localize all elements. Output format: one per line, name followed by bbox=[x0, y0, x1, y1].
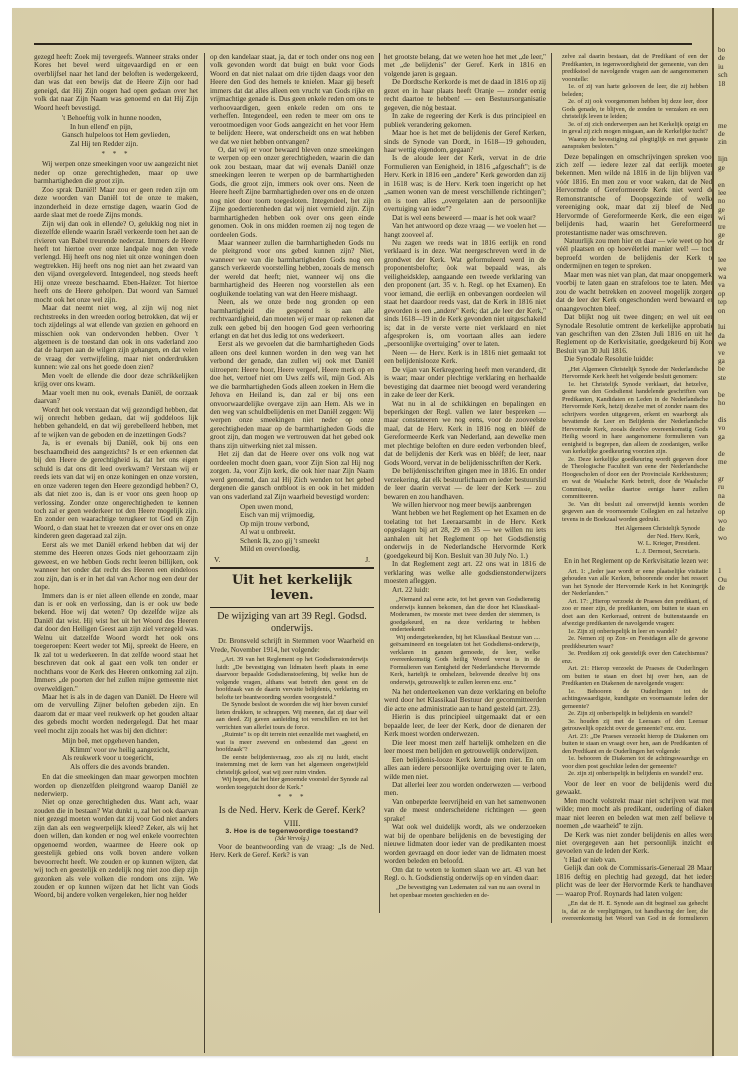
paragraph: De vijan van Kerkregeering heeft men ver… bbox=[384, 366, 546, 400]
edge-fragment: va bbox=[718, 281, 738, 289]
paragraph: De eerste belijdenisvraag, zoo als zij n… bbox=[216, 754, 368, 777]
section-rule bbox=[210, 607, 374, 608]
article-part-number: VIII. bbox=[210, 818, 374, 828]
paragraph: op den kandelaar staat, ja, dat er toch … bbox=[210, 53, 374, 146]
paragraph: Het zij dan dat de Heere over ons volk n… bbox=[210, 450, 374, 501]
edge-fragment bbox=[718, 96, 738, 104]
paragraph: Na het onderteekenen van deze verklaring… bbox=[384, 688, 546, 713]
edge-fragment: zin bbox=[718, 138, 738, 146]
paragraph: gezegd heeft: Zoek mij tevergeefs. Wanne… bbox=[34, 53, 198, 112]
poem-stanza: 't Behoeftig volk in hunne nooden,In hun… bbox=[62, 114, 198, 148]
paragraph: 2e. Nemen zij op Zon- en Feestdagen alle… bbox=[562, 635, 708, 650]
paragraph: Van het antwoord op deze vraag — we voel… bbox=[384, 222, 546, 239]
edge-fragment: gr bbox=[718, 475, 738, 483]
edge-fragment: iu bbox=[718, 63, 738, 71]
paragraph: Immers dan is er niet alleen ellende en … bbox=[34, 592, 198, 693]
paragraph: Want hebben we het Reglement op het Exam… bbox=[384, 509, 546, 560]
edge-column-fragments: bodeiusch18 medezin lijnge enleenogewitr… bbox=[718, 46, 738, 592]
poem-line: Als offers die des avonds branden. bbox=[62, 763, 198, 771]
edge-fragment: wo bbox=[718, 534, 738, 542]
paragraph: Neen, als we onze bede nog gronden op ee… bbox=[210, 298, 374, 340]
edge-fragment: op bbox=[718, 508, 738, 516]
poem-line: In hun ellend' en pijn, bbox=[62, 123, 198, 131]
col3-body: het grootste belang, dat we weten hoe he… bbox=[384, 53, 546, 594]
edge-fragment: we bbox=[718, 340, 738, 348]
signer-line: W. L. Krieger, President. bbox=[562, 540, 700, 548]
paragraph: De belijdenisschriften gingen mee in 181… bbox=[384, 467, 546, 501]
poem-line: Al wat u ontbreekt. bbox=[240, 528, 374, 536]
signature-right: J. bbox=[365, 556, 370, 564]
column-4: zelve zal daarin bestaan, dat de Predika… bbox=[556, 53, 714, 923]
edge-fragment bbox=[718, 105, 738, 113]
paragraph: 3e. Van dit besluit zal onverwijld kenni… bbox=[562, 501, 708, 524]
column-1: gezegd heeft: Zoek mij tevergeefs. Wanne… bbox=[34, 53, 198, 1053]
article-subtitle: 3. Hoe is de tegenwoordige toestand? bbox=[210, 828, 374, 836]
edge-fragment: me bbox=[718, 458, 738, 466]
edge-fragment: no bbox=[718, 197, 738, 205]
paragraph: Waarop de bevestiging zal plegtiglijk en… bbox=[562, 136, 708, 151]
paragraph: 't Had er nieb van. bbox=[556, 856, 714, 864]
paragraph: Zijn wij dan ook in ellende? O, gelukkig… bbox=[34, 220, 198, 305]
edge-fragment bbox=[718, 113, 738, 121]
paragraph: Art. 17: „Hierop verzoekt de Praeses den… bbox=[562, 598, 708, 628]
edge-fragment bbox=[718, 382, 738, 390]
synod-resolution-quote: „Het Algemeen Christelijk Synode der Ned… bbox=[562, 366, 708, 524]
paragraph: De Dordtsche Kerkorde is met de daad in … bbox=[384, 78, 546, 112]
edge-fragment: lee bbox=[718, 256, 738, 264]
paragraph: De Kerk was niet zonder belijdenis en al… bbox=[556, 831, 714, 856]
col3-body-continued: Na het onderteekenen van deze verklaring… bbox=[384, 688, 546, 882]
paragraph: Art. 23: „De Praeses verzoekt hierop de … bbox=[562, 733, 708, 756]
paragraph: Die Synodale Resolutie luidde: bbox=[556, 355, 714, 363]
paragraph: Art. 1: „Ieder jaar wordt er eene plaats… bbox=[562, 568, 708, 598]
edge-fragment bbox=[718, 550, 738, 558]
paragraph: Om dat te weten te komen slaan we art. 4… bbox=[384, 866, 546, 883]
edge-fragment bbox=[718, 248, 738, 256]
section-stars: * * * bbox=[34, 150, 198, 158]
paragraph: Men voelt de ellende die door deze schri… bbox=[34, 372, 198, 389]
signature-left: V. bbox=[214, 556, 220, 564]
col1-body: Wij werpen onze smeekingen voor uw aange… bbox=[34, 160, 198, 735]
edge-fragment bbox=[718, 88, 738, 96]
paragraph: In zake de regeering der Kerk is dus pri… bbox=[384, 112, 546, 129]
paragraph: En dat die smeekingen dan maar geworpen … bbox=[34, 773, 198, 798]
column-2: op den kandelaar staat, ja, dat er toch … bbox=[210, 53, 374, 903]
poem-line: Schenk Ik, zoo gij 't smeekt bbox=[240, 537, 374, 545]
paragraph: Wat nu in al de schikkingen en bepalinge… bbox=[384, 400, 546, 468]
paragraph: 2e. Zijn zij onberispelijk in belijdenis… bbox=[562, 710, 708, 718]
article-title: Is de Ned. Herv. Kerk de Geref. Kerk? bbox=[210, 806, 374, 817]
paragraph: We willen hiervoor nog meer bewijs aanbr… bbox=[384, 501, 546, 509]
edge-fragment: vo bbox=[718, 424, 738, 432]
col2-meditation-body: op den kandelaar staat, ja, dat er toch … bbox=[210, 53, 374, 501]
poem-stanza: Mijn beê, met opgeheven handen,Klimm' vo… bbox=[62, 737, 198, 771]
column-3: het grootste belang, dat we weten hoe he… bbox=[384, 53, 546, 918]
paragraph: 1e. behooren de Diakenen tot de achtings… bbox=[562, 755, 708, 770]
article-quote: „En dat de H. E. Synode aan dit beginsel… bbox=[562, 900, 708, 923]
paragraph: Wordt het ook verstaan dat wij gezondigd… bbox=[34, 406, 198, 440]
paragraph: Is de aloude leer der Kerk, vervat in de… bbox=[384, 154, 546, 213]
edge-fragment: lijn bbox=[718, 155, 738, 163]
edge-fragment: de bbox=[718, 54, 738, 62]
article-quote: „De bevestiging van Ledematen zal van nu… bbox=[390, 884, 540, 899]
paragraph: Nu zagen we reeds wat in 1816 eerlijk en… bbox=[384, 239, 546, 349]
edge-fragment: bo bbox=[718, 46, 738, 54]
signer-line: der Ned. Herv. Kerk, bbox=[562, 533, 700, 541]
edge-fragment: sch bbox=[718, 71, 738, 79]
paragraph: 2e. zijn zij onberispelijk in belijdenis… bbox=[562, 770, 708, 778]
edge-fragment: lui bbox=[718, 323, 738, 331]
edge-fragment: op bbox=[718, 290, 738, 298]
edge-fragment bbox=[718, 542, 738, 550]
article-body: Voor de beantwoording van de vraag: „Is … bbox=[210, 843, 374, 860]
article-quote: „Niemand zal eene acte, tot het geven va… bbox=[390, 596, 540, 686]
poem-stanza: Open uwen mond,Eisch van mij vrijmoedig,… bbox=[240, 503, 374, 554]
paragraph: 3e. Prediken zij ook geestelijk over den… bbox=[562, 650, 708, 665]
poem-line: Op mijn trouw verbond, bbox=[240, 520, 374, 528]
paragraph: Dat blijkt nog uit twee dingen; en wel u… bbox=[556, 313, 714, 355]
article-quote: „Art. 39 van het Reglement op het Godsdi… bbox=[216, 656, 368, 791]
paragraph: Eerst als we gevoelen dat die barmhartig… bbox=[210, 340, 374, 450]
edge-fragment: ge bbox=[718, 164, 738, 172]
edge-fragment: lee bbox=[718, 189, 738, 197]
article-intro: Dr. Bronsveld schrijft in Stemmen voor W… bbox=[210, 637, 374, 654]
paragraph: 3e. houden zij met de Leeraars of den Le… bbox=[562, 718, 708, 733]
edge-fragment bbox=[718, 407, 738, 415]
poem-line: Klimm' voor uw heilig aangezicht, bbox=[62, 746, 198, 754]
paragraph: Wij hopen, dat het hier genoemde voorste… bbox=[216, 776, 368, 791]
article-intro: En in het Reglement op de Kerkvisitatie … bbox=[556, 557, 714, 565]
paragraph: Van onbeperkte leervrijheid en van het s… bbox=[384, 798, 546, 823]
poem-line: Eisch van mij vrijmoedig, bbox=[240, 511, 374, 519]
col4-body-continued: Voor de leer en voor de belijdenis werd … bbox=[556, 780, 714, 898]
edge-fragment: wa bbox=[718, 273, 738, 281]
poem-line: Gansch hulpeloos tot Hem gevlieden, bbox=[62, 131, 198, 139]
paragraph: Natuurlijk zou men hier en daar — wie we… bbox=[556, 237, 714, 271]
edge-fragment bbox=[718, 441, 738, 449]
paragraph: 3e. of zij zich onderwerpen aan het Kerk… bbox=[562, 121, 708, 136]
paragraph: Wij ondergeteekenden, bij het Klassikaal… bbox=[390, 634, 540, 687]
paragraph: De Synode besloot de woorden die wij hie… bbox=[216, 701, 368, 731]
paragraph: 1e. Zijn zij onberispelijk in leer en wa… bbox=[562, 628, 708, 636]
regulation-quote: Art. 1: „Ieder jaar wordt er eene plaats… bbox=[562, 568, 708, 778]
edge-fragment: da bbox=[718, 332, 738, 340]
edge-fragment: ste bbox=[718, 374, 738, 382]
paragraph: 1e. het Christelijk Synode verklaart, da… bbox=[562, 381, 708, 456]
edge-fragment: ga bbox=[718, 433, 738, 441]
column-divider bbox=[204, 53, 205, 1053]
paragraph: Die leer moest men zelf hartelijk omhelz… bbox=[384, 739, 546, 756]
edge-fragment: dis bbox=[718, 416, 738, 424]
paragraph: Voor de leer en voor de belijdenis werd … bbox=[556, 780, 714, 797]
edge-fragment: dr bbox=[718, 239, 738, 247]
edge-fragment: ge bbox=[718, 206, 738, 214]
edge-fragment bbox=[718, 559, 738, 567]
edge-fragment: en bbox=[718, 181, 738, 189]
adjacent-page-edge: bodeiusch18 medezin lijnge enleenogewitr… bbox=[712, 8, 738, 1056]
paragraph: Neen — de Herv. Kerk is in 1816 niet gem… bbox=[384, 349, 546, 366]
paragraph: 1e. of zij van harte gelooven de leer, d… bbox=[562, 83, 708, 98]
column-divider bbox=[551, 53, 552, 923]
newspaper-page: gezegd heeft: Zoek mij tevergeefs. Wanne… bbox=[12, 8, 712, 1056]
synod-signers: Het Algemeen Christelijk Synodeder Ned. … bbox=[562, 525, 708, 555]
edge-fragment: be bbox=[718, 391, 738, 399]
paragraph: 2e. Deze kerkelijke goedkeuring wordt ge… bbox=[562, 456, 708, 501]
edge-fragment: de bbox=[718, 500, 738, 508]
poem-line: Mijn beê, met opgeheven handen, bbox=[62, 737, 198, 745]
paragraph: Dat is wel eens beweerd — maar is het oo… bbox=[384, 214, 546, 222]
edge-fragment: Ou bbox=[718, 576, 738, 584]
edge-fragment: de bbox=[718, 584, 738, 592]
edge-fragment: ve bbox=[718, 349, 738, 357]
paragraph: In dat Reglement zegt art. 22 ons wat in… bbox=[384, 560, 546, 585]
edge-fragment: tre bbox=[718, 223, 738, 231]
paragraph: 2e. of zij ook voorgenomen hebben bij de… bbox=[562, 98, 708, 121]
edge-fragment: de bbox=[718, 450, 738, 458]
col4-body: Deze bepalingen en omschrijvingen spreke… bbox=[556, 153, 714, 364]
paragraph: Maar voelt men nu ook, evenals Daniël, d… bbox=[34, 389, 198, 406]
article-quote: zelve zal daarin bestaan, dat de Predika… bbox=[562, 53, 708, 151]
section-title: Uit het kerkelijk leven. bbox=[210, 573, 374, 603]
top-rule bbox=[34, 43, 692, 45]
meditation-signature: V. J. bbox=[210, 556, 374, 564]
edge-fragment: 1 bbox=[718, 567, 738, 575]
paragraph: zelve zal daarin bestaan, dat de Predika… bbox=[562, 53, 708, 83]
edge-fragment: on bbox=[718, 307, 738, 315]
edge-fragment: ru bbox=[718, 483, 738, 491]
paragraph: „Niemand zal eene acte, tot het geven va… bbox=[390, 596, 540, 634]
signer-line: L. J. Dermout, Secretaris. bbox=[562, 548, 700, 556]
paragraph: Zoo sprak Daniël! Maar zou er geen reden… bbox=[34, 186, 198, 220]
col1-body-end: En dat die smeekingen dan maar geworpen … bbox=[34, 773, 198, 900]
article-title: De wijziging van art 39 Regl. Godsd. ond… bbox=[210, 611, 374, 635]
paragraph: Wat ook wel duidelijk wordt, als we onde… bbox=[384, 823, 546, 865]
paragraph: Eerst als we met Daniël erkend hebben da… bbox=[34, 541, 198, 592]
edge-fragment bbox=[718, 315, 738, 323]
edge-fragment: wo bbox=[718, 517, 738, 525]
paragraph: Art. 21: Hierop verzoekt de Praeses de O… bbox=[562, 665, 708, 688]
paragraph: Niet op onze gerechtigheden dus. Want ac… bbox=[34, 798, 198, 899]
paragraph: Maar het is als in de dagen van Daniël. … bbox=[34, 693, 198, 735]
paragraph: 1e. Behooren de Ouderlingen tot de achti… bbox=[562, 688, 708, 711]
paragraph: het grootste belang, dat we weten hoe he… bbox=[384, 53, 546, 78]
edge-fragment: tep bbox=[718, 298, 738, 306]
edge-fragment: de bbox=[718, 130, 738, 138]
edge-fragment: wi bbox=[718, 214, 738, 222]
paragraph: Gelijk dan ook de Commissaris-Generaal 2… bbox=[556, 864, 714, 898]
paragraph: Dat allerlei leer zou worden onderwezen … bbox=[384, 781, 546, 798]
paragraph: Ja, is er evenals bij Daniël, ook bij on… bbox=[34, 439, 198, 540]
edge-fragment: be bbox=[718, 365, 738, 373]
paragraph: Maar dat neemt niet weg, al zijn wij nog… bbox=[34, 304, 198, 372]
edge-fragment: na bbox=[718, 492, 738, 500]
paragraph: „Ruimte" is op dit terrein niet eenzelfd… bbox=[216, 731, 368, 754]
edge-fragment: 18 bbox=[718, 80, 738, 88]
edge-fragment bbox=[718, 172, 738, 180]
edge-fragment: ge bbox=[718, 231, 738, 239]
paragraph: O, dat wij er voor bewaard bleven onze s… bbox=[210, 146, 374, 239]
poem-line: Als reukwerk voor u toegericht, bbox=[62, 754, 198, 762]
paragraph: Wij werpen onze smeekingen voor uw aange… bbox=[34, 160, 198, 185]
paragraph: Deze bepalingen en omschrijvingen spreke… bbox=[556, 153, 714, 238]
edge-fragment: me bbox=[718, 122, 738, 130]
paragraph: Art. 22 luidt: bbox=[384, 586, 546, 594]
paragraph: „Art. 39 van het Reglement op het Godsdi… bbox=[216, 656, 368, 701]
paragraph: Maar hoe is het met de belijdenis der Ge… bbox=[384, 129, 546, 154]
poem-line: Mild en overvloedig. bbox=[240, 545, 374, 553]
poem-line: 't Behoeftig volk in hunne nooden, bbox=[62, 114, 198, 122]
article-continuation-note: (3de Vervolg.) bbox=[210, 836, 374, 843]
paragraph: Een belijdenis-looze Kerk kende men niet… bbox=[384, 756, 546, 781]
edge-fragment: de bbox=[718, 525, 738, 533]
poem-line: Zal Hij ten Redder zijn. bbox=[62, 140, 198, 148]
column-divider bbox=[379, 53, 380, 913]
paragraph: Men mocht volstrekt maar niet schrijven … bbox=[556, 797, 714, 831]
paragraph: „Het Algemeen Christelijk Synode der Ned… bbox=[562, 366, 708, 381]
section-stars: * * * bbox=[210, 793, 374, 801]
col1-paragraphs: gezegd heeft: Zoek mij tevergeefs. Wanne… bbox=[34, 53, 198, 112]
edge-fragment: ga bbox=[718, 357, 738, 365]
signer-line: Het Algemeen Christelijk Synode bbox=[562, 525, 700, 533]
paragraph: Hierin is dus principieel uitgemaakt dat… bbox=[384, 713, 546, 738]
section-rule bbox=[210, 567, 374, 569]
edge-fragment bbox=[718, 147, 738, 155]
poem-line: Open uwen mond, bbox=[240, 503, 374, 511]
edge-fragment: ho bbox=[718, 399, 738, 407]
edge-fragment bbox=[718, 466, 738, 474]
edge-fragment: we bbox=[718, 265, 738, 273]
paragraph: Maar men was niet van plan, dat maar ono… bbox=[556, 271, 714, 313]
paragraph: Maar wanneer zullen die barmhartigheden … bbox=[210, 239, 374, 298]
